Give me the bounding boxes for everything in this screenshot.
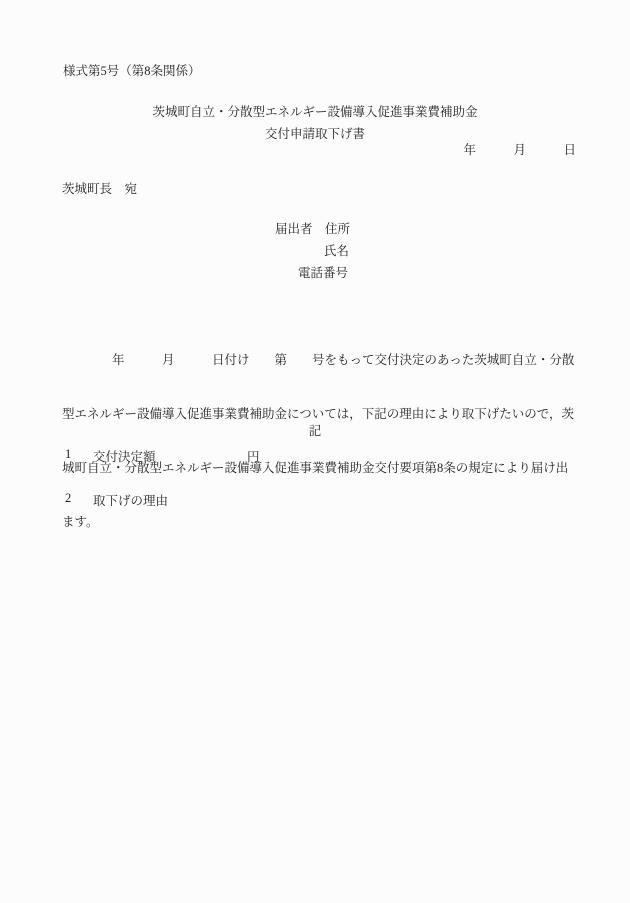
notice-item-1: 1 交付決定額 円 [0,447,630,465]
body-paragraph-line-1: 年 月 日付け 第 号をもって交付決定のあった茨城町自立・分散 [62,349,582,371]
body-paragraph: 年 月 日付け 第 号をもって交付決定のあった茨城町自立・分散 型エネルギー設備… [62,317,582,565]
declarant-phone-label: 電話番号 [298,265,348,281]
item-1-label: 交付決定額 [93,447,156,465]
notice-heading: 記 [0,423,630,439]
form-number: 様式第5号（第8条関係） [63,63,201,79]
body-paragraph-line-4: ます。 [62,511,582,533]
document-page: 様式第5号（第8条関係） 茨城町自立・分散型エネルギー設備導入促進事業費補助金 … [0,0,630,903]
document-title-line1: 茨城町自立・分散型エネルギー設備導入促進事業費補助金 [0,104,630,120]
document-title-line2: 交付申請取下げ書 [0,126,630,142]
declarant-address-label: 届出者 住所 [275,221,350,237]
notice-item-2: 2 取下げの理由 [0,491,630,509]
item-1-number: 1 [65,447,71,462]
body-paragraph-line-2: 型エネルギー設備導入促進事業費補助金については，下記の理由により取下げたいので，… [62,403,582,425]
item-2-label: 取下げの理由 [93,491,168,509]
declarant-name-label: 氏名 [324,243,349,259]
addressee-line: 茨城町長 宛 [62,181,137,197]
item-1-unit: 円 [247,447,260,465]
date-blank-line: 年 月 日 [463,142,576,158]
item-2-number: 2 [65,491,71,506]
